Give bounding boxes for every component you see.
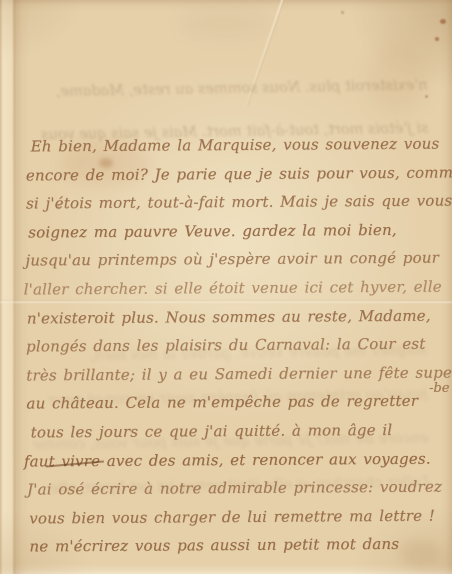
foxing-spot: [425, 95, 428, 98]
letter-body-text: Eh bien, Madame la Marquise, vous souven…: [25, 130, 442, 562]
letter-line: tous les jours ce que j'ai quitté. à mon…: [31, 415, 441, 446]
foxing-spot: [435, 37, 439, 41]
letter-line: plongés dans les plaisirs du Carnaval: l…: [26, 330, 440, 361]
letter-line: soignez ma pauvre Veuve. gardez la moi b…: [28, 215, 439, 246]
letter-scan: n'existeroit plus. Nous sommes au reste,…: [0, 0, 452, 574]
letter-line: J'ai osé écrire à notre admirable prince…: [27, 473, 441, 504]
letter-line: si j'étois mort, tout-à-fait mort. Mais …: [26, 187, 439, 218]
letter-line: au château. Cela ne m'empêche pas de reg…: [26, 387, 440, 418]
left-fold-line: [13, 0, 15, 574]
letter-line: très brillante; il y a eu Samedi dernier…: [26, 358, 440, 389]
letter-line: faut vivre avec des amis, et renoncer au…: [24, 444, 441, 476]
foxing-spot: [341, 11, 344, 14]
hyphen-carryover: -be: [429, 381, 449, 396]
letter-line: Eh bien, Madame la Marquise, vous souven…: [31, 130, 439, 161]
letter-line: jusqu'au printemps où j'espère avoir un …: [25, 244, 439, 275]
letter-line: l'aller chercher. si elle étoit venue ic…: [24, 273, 440, 304]
letter-line: n'existeroit plus. Nous sommes au reste,…: [27, 301, 440, 332]
letter-line: encore de moi? Je parie que je suis pour…: [26, 158, 439, 189]
foxing-spot: [440, 19, 446, 24]
letter-line: vous bien vous charger de lui remettre m…: [29, 501, 441, 532]
letter-line: ne m'écrirez vous pas aussi un petit mot…: [29, 530, 441, 561]
